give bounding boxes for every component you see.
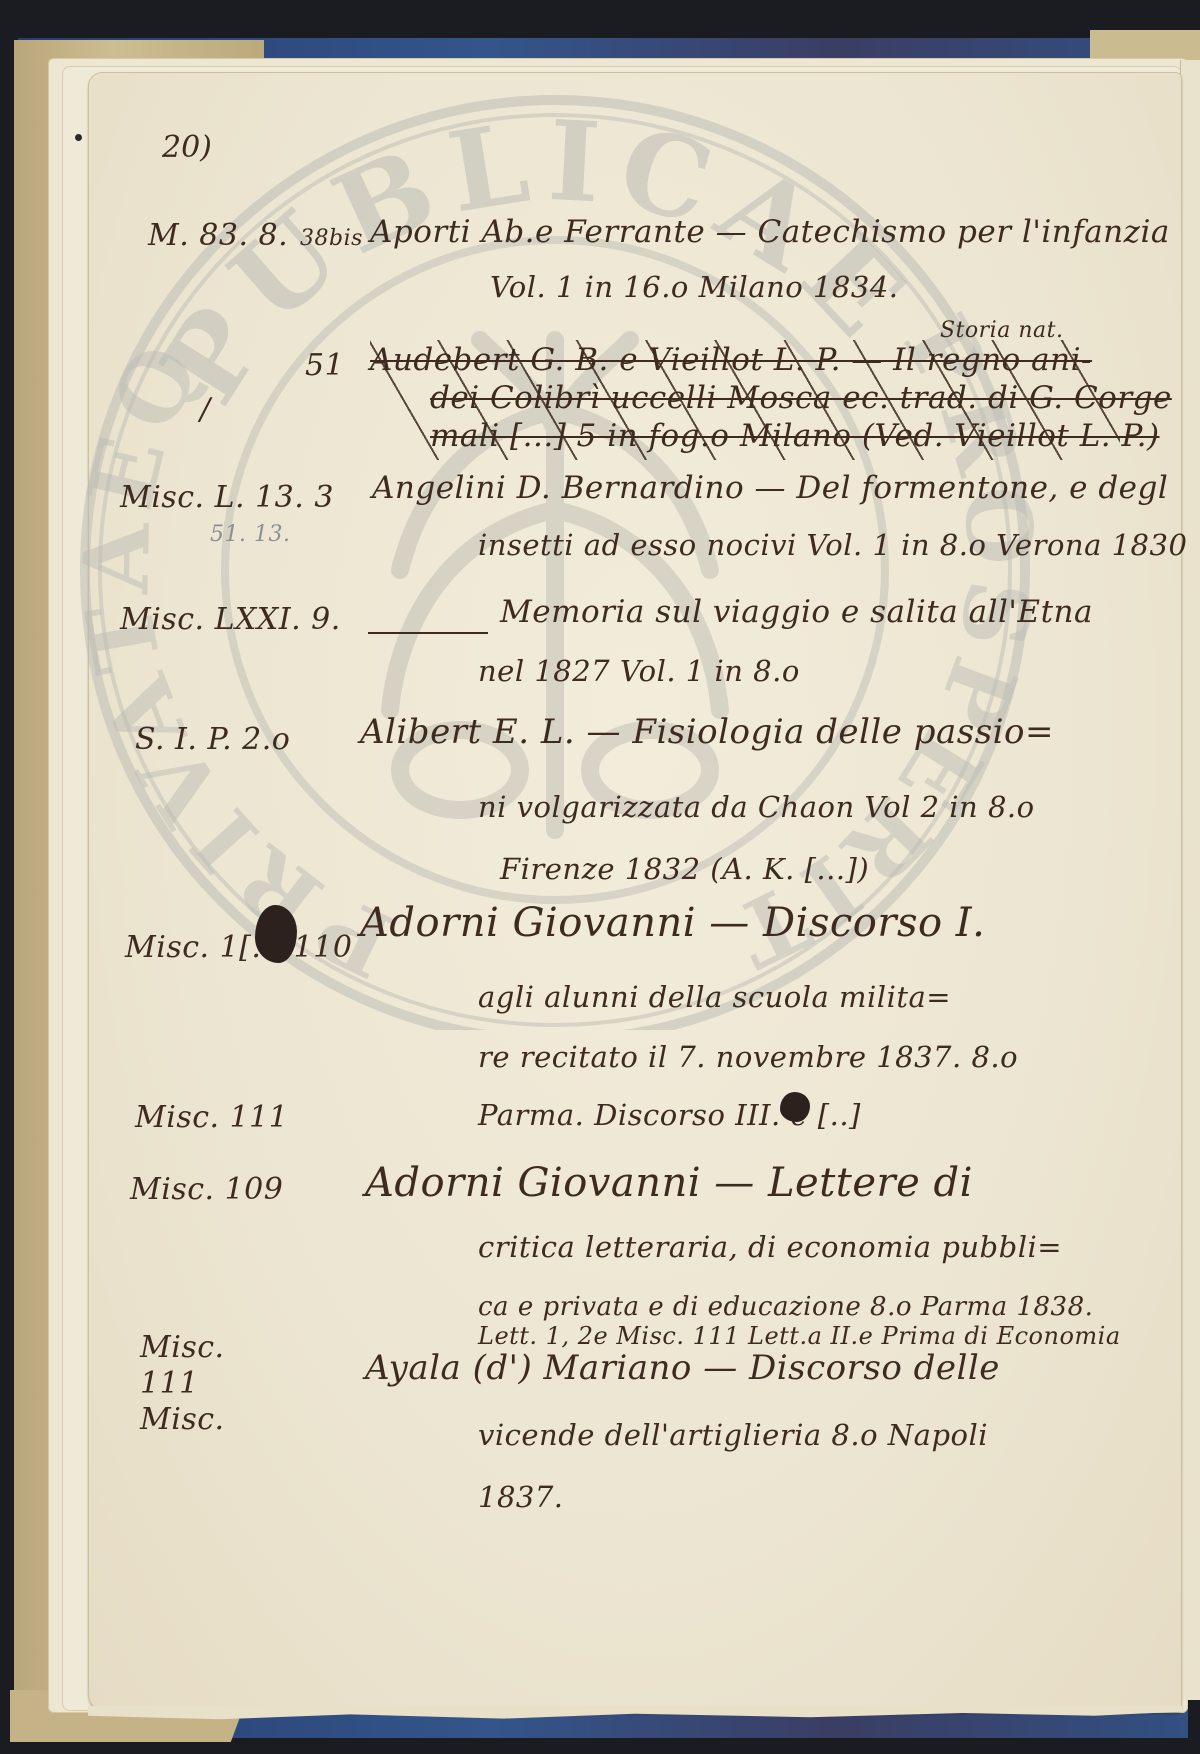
entry-line: ni volgarizzata da Chaon Vol 2 in 8.o [478, 790, 1035, 824]
entry-line: agli alunni della scuola milita= [478, 980, 951, 1014]
entry-line: ca e privata e di educazione 8.o Parma 1… [478, 1292, 1093, 1322]
shelfmark: S. I. P. 2.o [135, 722, 290, 757]
shelfmark: Misc. 111 [135, 1100, 288, 1135]
dash-line [368, 632, 488, 634]
entry-line: Adorni Giovanni — Lettere di [365, 1160, 973, 1206]
ink-blot [780, 1092, 810, 1122]
entry-line: Adorni Giovanni — Discorso I. [360, 900, 985, 946]
entry-line: dei Colibrì uccelli Mosca ec. trad. di G… [430, 380, 1172, 416]
shelfmark: M. 83. 8. [148, 218, 288, 253]
entry-number: 38bis [300, 226, 363, 251]
dash-rule [360, 622, 496, 641]
entry-line: insetti ad esso nocivi Vol. 1 in 8.o Ver… [478, 528, 1187, 562]
folio-number: 20) [162, 130, 212, 165]
shelfmark: Misc. 109 [130, 1172, 283, 1207]
next-page-edge [1180, 60, 1200, 1700]
entry-line: Firenze 1832 (A. K. [...]) [500, 852, 869, 886]
entry-line: mali [...] 5 in fog.o Milano (Ved. Vieil… [430, 418, 1160, 454]
entry-line: Angelini D. Bernardino — Del formentone,… [372, 470, 1168, 506]
entry-line: critica letteraria, di economia pubbli= [478, 1230, 1062, 1264]
cancelled-entry: Audebert G. B. e Vieillot L. P. — Il reg… [370, 340, 1120, 460]
entry-line: nel 1827 Vol. 1 in 8.o [478, 654, 800, 688]
entry-line: Ayala (d') Mariano — Discorso delle [365, 1348, 1000, 1388]
ink-blot [255, 905, 297, 963]
entry-line: Memoria sul viaggio e salita all'Etna [500, 594, 1093, 630]
binding-hole [75, 134, 82, 141]
shelfmark: Misc. LXXI. 9. [120, 602, 341, 637]
entry-line: re recitato il 7. novembre 1837. 8.o [478, 1040, 1018, 1074]
shelfmark: Misc. L. 13. 3 [120, 480, 334, 515]
shelfmark: Misc. 111 Misc. [140, 1330, 240, 1438]
entry-line: Alibert E. L. — Fisiologia delle passio= [360, 712, 1054, 752]
entry-annotation: Lett. 1, 2e Misc. 111 Lett.a II.e Prima … [478, 1322, 1121, 1350]
entry-line: Vol. 1 in 16.o Milano 1834. [490, 270, 899, 304]
shelfmark: Misc. 1[..] 110 [125, 930, 352, 965]
margin-mark: / [200, 392, 211, 427]
entry-line: Aporti Ab.e Ferrante — Catechismo per l'… [370, 214, 1170, 250]
pencil-note: 51. 13. [210, 522, 290, 547]
entry-line: Audebert G. B. e Vieillot L. P. — Il reg… [370, 342, 1092, 378]
entry-line: vicende dell'artiglieria 8.o Napoli [478, 1418, 988, 1452]
entry-line: 1837. [478, 1480, 564, 1514]
entry-number: 51 [305, 348, 344, 383]
